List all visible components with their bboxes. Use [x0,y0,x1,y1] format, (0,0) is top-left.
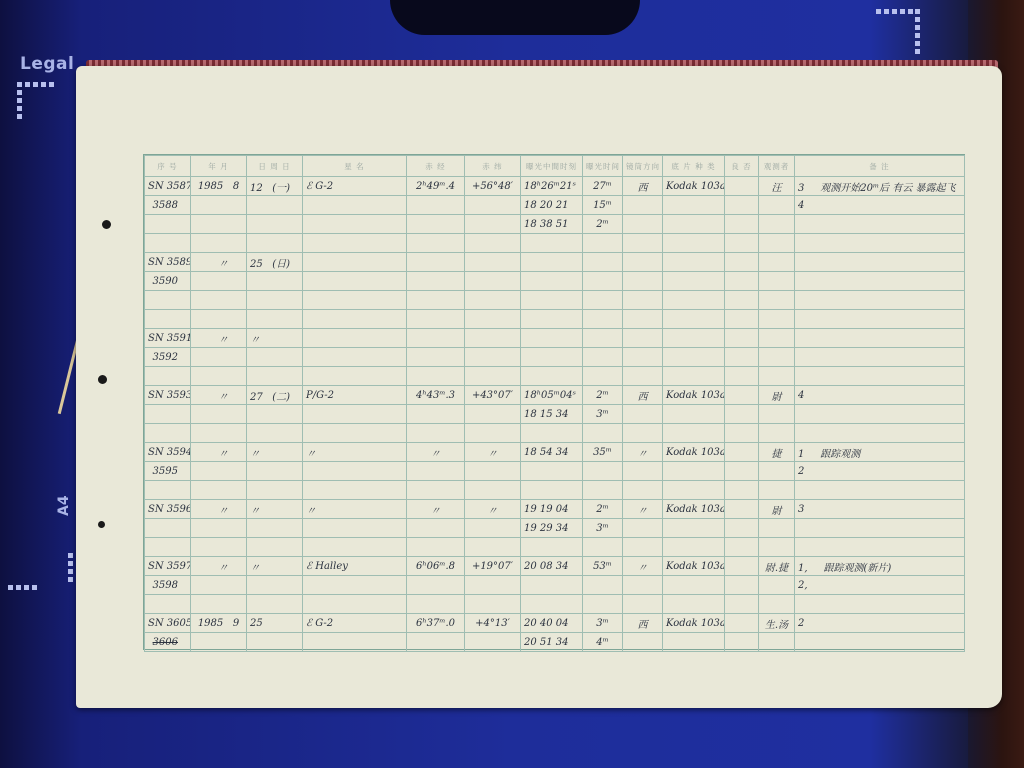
day-weekday-cell [247,310,303,329]
weekday-value: (日) [272,259,290,270]
quality-cell [725,215,759,234]
table-row: SN 3594 〃〃 〃〃〃18 54 3435ᵐ〃Kodak 103a-o 1… [145,443,965,462]
dec-cell: 〃 [465,443,521,462]
observer-cell [759,595,795,614]
ra-cell [407,253,465,272]
header-observer: 观测者 [759,156,795,177]
observer-cell: 捷 [759,443,795,462]
day-value: 25 [250,618,263,629]
mid-time-cell [521,234,583,253]
plate-note-cell: 2 [795,614,965,633]
weekday-value: (一) [272,183,290,194]
table-row: SN 35871985 812 (一)ℰ G-22ʰ49ᵐ.4+56°48′18… [145,177,965,196]
direction-cell [623,215,663,234]
star-name-cell [303,481,407,500]
plate-note-cell [795,519,965,538]
day-weekday-cell [247,538,303,557]
direction-cell [623,405,663,424]
dec-cell [465,405,521,424]
exposure-cell: 4ᵐ [583,633,623,652]
cover-label-legal: Legal [20,54,74,74]
mid-time-cell [521,272,583,291]
ra-cell: 6ʰ06ᵐ.8 [407,557,465,576]
dec-cell [465,234,521,253]
direction-cell [623,234,663,253]
day-weekday-cell: 25 (日) [247,253,303,272]
observer-cell: 生.汤 [759,614,795,633]
exposure-cell: 53ᵐ [583,557,623,576]
year-month-cell: 〃 [191,386,247,405]
ra-cell [407,196,465,215]
serial-cell [145,405,191,424]
film-type-cell [663,253,725,272]
day-weekday-cell [247,424,303,443]
film-type-cell [663,215,725,234]
serial-cell [145,481,191,500]
quality-cell [725,196,759,215]
plate-number: 2, [798,580,808,591]
exposure-cell [583,310,623,329]
plate-note-cell: 3 [795,500,965,519]
film-type-cell: Kodak 103a-o 30×30 [663,614,725,633]
quality-cell [725,253,759,272]
film-type-cell [663,633,725,652]
film-type-cell [663,234,725,253]
mid-time-cell: 20 08 34 [521,557,583,576]
exposure-cell [583,538,623,557]
plate-note-cell [795,253,965,272]
weekday-value: (二) [272,392,290,403]
plate-note-cell [795,215,965,234]
header-year-month: 年 月 [191,156,247,177]
mid-time-cell [521,348,583,367]
serial-cell [145,310,191,329]
quality-cell [725,443,759,462]
dec-cell [465,595,521,614]
exposure-cell [583,291,623,310]
star-name-cell: 〃 [303,443,407,462]
serial-cell [145,538,191,557]
plate-note-cell [795,367,965,386]
star-name-cell [303,595,407,614]
month-value: 〃 [218,449,228,460]
star-name-cell [303,576,407,595]
day-weekday-cell [247,481,303,500]
serial-cell: 3595 [145,462,191,481]
star-name-cell [303,329,407,348]
year-month-cell: 〃 [191,329,247,348]
star-name-cell [303,367,407,386]
serial-cell: 3588 [145,196,191,215]
observer-cell: 尉 [759,386,795,405]
punch-hole [102,220,111,229]
exposure-cell: 2ᵐ [583,386,623,405]
dec-cell [465,538,521,557]
header-row: 序 号 年 月 日 周 日 星 名 赤 经 赤 纬 曝光中間时刻 曝光时间 镜筒… [145,156,965,177]
day-weekday-cell: 〃 [247,557,303,576]
star-name-cell [303,633,407,652]
direction-cell: 西 [623,386,663,405]
mid-time-cell [521,329,583,348]
direction-cell [623,538,663,557]
star-name-cell [303,253,407,272]
day-weekday-cell [247,291,303,310]
mid-time-cell: 19 29 34 [521,519,583,538]
direction-cell [623,424,663,443]
star-name-cell [303,196,407,215]
year-month-cell: 1985 8 [191,177,247,196]
plate-number: 4 [798,200,804,211]
ra-cell [407,234,465,253]
plate-number: 2 [798,618,804,629]
table-row: 3595 2 [145,462,965,481]
day-value: 〃 [250,506,260,517]
star-name-cell: P/G-2 [303,386,407,405]
mid-time-cell: 20 40 04 [521,614,583,633]
observer-cell [759,481,795,500]
dec-cell [465,633,521,652]
mid-time-cell: 18ʰ05ᵐ04ˢ [521,386,583,405]
direction-cell [623,367,663,386]
film-type-cell [663,462,725,481]
exposure-cell [583,481,623,500]
day-weekday-cell: 25 [247,614,303,633]
observer-cell [759,215,795,234]
day-weekday-cell [247,348,303,367]
quality-cell [725,614,759,633]
table-row [145,481,965,500]
film-type-cell [663,424,725,443]
exposure-cell: 3ᵐ [583,405,623,424]
observer-cell [759,576,795,595]
header-right-ascension: 赤 经 [407,156,465,177]
plate-number: 4 [798,390,804,401]
quality-cell [725,500,759,519]
punch-hole [98,521,105,528]
plate-note-cell: 4 [795,196,965,215]
serial-cell [145,291,191,310]
serial-cell [145,519,191,538]
star-name-cell [303,291,407,310]
table-row: 3590 [145,272,965,291]
exposure-cell [583,329,623,348]
dec-cell: +56°48′ [465,177,521,196]
quality-cell [725,367,759,386]
observer-cell: 尉 [759,500,795,519]
ra-cell [407,519,465,538]
year-month-cell [191,405,247,424]
plate-note-cell: 3 观测开始20ᵐ后 有云 暴露起飞 [795,177,965,196]
serial-cell [145,367,191,386]
plate-note-cell [795,291,965,310]
film-type-cell [663,310,725,329]
header-day-weekday: 日 周 日 [247,156,303,177]
plate-number: 3 [798,183,804,194]
table-row: 18 38 512ᵐ [145,215,965,234]
film-type-cell [663,538,725,557]
table-row: 3588 18 20 2115ᵐ4 [145,196,965,215]
exposure-cell [583,367,623,386]
table-row [145,424,965,443]
exposure-cell [583,424,623,443]
month-value: 8 [233,181,239,192]
day-weekday-cell [247,196,303,215]
exposure-cell [583,234,623,253]
ra-cell [407,576,465,595]
year-month-cell [191,291,247,310]
star-name-cell: 〃 [303,500,407,519]
plate-note-cell [795,481,965,500]
dec-cell: +43°07′ [465,386,521,405]
ra-cell [407,481,465,500]
direction-cell [623,272,663,291]
star-name-cell [303,538,407,557]
day-weekday-cell: 〃 [247,500,303,519]
day-weekday-cell [247,367,303,386]
header-serial: 序 号 [145,156,191,177]
dec-cell [465,196,521,215]
exposure-cell: 35ᵐ [583,443,623,462]
film-type-cell [663,481,725,500]
ra-cell: 6ʰ37ᵐ.0 [407,614,465,633]
direction-cell [623,481,663,500]
day-value: 12 [250,183,263,194]
year-month-cell [191,310,247,329]
serial-cell: SN 3589 [145,253,191,272]
observer-cell [759,633,795,652]
direction-cell [623,196,663,215]
year-month-cell [191,424,247,443]
film-type-cell [663,595,725,614]
observer-cell [759,405,795,424]
film-type-cell [663,196,725,215]
serial-cell: 3590 [145,272,191,291]
film-type-cell [663,329,725,348]
mid-time-cell [521,424,583,443]
header-remarks: 备 注 [795,156,965,177]
star-name-cell [303,310,407,329]
ra-cell [407,215,465,234]
dec-cell [465,576,521,595]
observer-cell [759,291,795,310]
year-month-cell: 〃 [191,557,247,576]
header-quality: 良 否 [725,156,759,177]
direction-cell [623,291,663,310]
ra-cell [407,329,465,348]
year-month-cell: 〃 [191,500,247,519]
ra-cell: 〃 [407,443,465,462]
dec-cell [465,348,521,367]
header-exposure-time: 曝光时间 [583,156,623,177]
mid-time-cell [521,291,583,310]
serial-cell: SN 3594 [145,443,191,462]
dec-cell: +19°07′ [465,557,521,576]
exposure-cell [583,253,623,272]
direction-cell: 〃 [623,557,663,576]
star-name-cell [303,462,407,481]
observation-log-table: 序 号 年 月 日 周 日 星 名 赤 经 赤 纬 曝光中間时刻 曝光时间 镜筒… [143,154,965,650]
header-mid-exposure-time: 曝光中間时刻 [521,156,583,177]
table-row: 18 15 343ᵐ [145,405,965,424]
table-row: SN 3591 〃〃 [145,329,965,348]
header-film-type: 底 片 种 类 [663,156,725,177]
year-month-cell [191,196,247,215]
observer-cell [759,348,795,367]
year-month-cell [191,348,247,367]
observer-cell [759,310,795,329]
ra-cell [407,424,465,443]
plate-number: 1, [798,563,808,574]
quality-cell [725,177,759,196]
star-name-cell [303,215,407,234]
direction-cell: 〃 [623,443,663,462]
ra-cell [407,405,465,424]
mid-time-cell [521,576,583,595]
remark-text: 观测开始20ᵐ后 有云 暴露起飞 [820,183,955,194]
day-value: 〃 [250,449,260,460]
day-weekday-cell: 〃 [247,443,303,462]
observer-cell: 汪 [759,177,795,196]
dec-cell [465,329,521,348]
film-type-cell: Kodak 103a-o 30×30 [663,177,725,196]
quality-cell [725,595,759,614]
dec-cell [465,310,521,329]
table-row [145,291,965,310]
exposure-cell: 2ᵐ [583,500,623,519]
quality-cell [725,633,759,652]
star-name-cell [303,424,407,443]
table-row: SN 3596 〃〃 〃〃〃19 19 042ᵐ〃Kodak 103a-o 30… [145,500,965,519]
star-name-cell: ℰ G-2 [303,614,407,633]
punch-hole [98,375,107,384]
header-declination: 赤 纬 [465,156,521,177]
ra-cell [407,462,465,481]
serial-cell: SN 3587 [145,177,191,196]
dec-cell [465,462,521,481]
observer-cell [759,196,795,215]
plate-note-cell [795,329,965,348]
plate-note-cell [795,310,965,329]
year-month-cell [191,633,247,652]
exposure-cell [583,462,623,481]
star-name-cell [303,234,407,253]
star-name-cell [303,272,407,291]
ra-cell [407,310,465,329]
quality-cell [725,424,759,443]
day-weekday-cell [247,462,303,481]
ra-cell: 4ʰ43ᵐ.3 [407,386,465,405]
star-name-cell [303,519,407,538]
film-type-cell: Kodak 103a-o 30×30 [663,500,725,519]
day-weekday-cell: 12 (一) [247,177,303,196]
direction-cell [623,595,663,614]
observer-cell [759,519,795,538]
mid-time-cell: 18 20 21 [521,196,583,215]
table-row: SN 3589 〃25 (日) [145,253,965,272]
ra-cell [407,538,465,557]
exposure-cell [583,595,623,614]
mid-time-cell [521,253,583,272]
dec-cell [465,215,521,234]
shadow-object [390,0,640,35]
quality-cell [725,291,759,310]
table-row [145,234,965,253]
film-type-cell [663,519,725,538]
plate-note-cell: 1 跟踪观测 [795,443,965,462]
serial-cell [145,215,191,234]
direction-cell: 西 [623,614,663,633]
dec-cell: 〃 [465,500,521,519]
month-value: 〃 [218,563,228,574]
star-name-cell: ℰ Halley [303,557,407,576]
quality-cell [725,576,759,595]
quality-cell [725,329,759,348]
plate-note-cell [795,595,965,614]
plate-number: 2 [798,466,804,477]
quality-cell [725,481,759,500]
year-month-cell [191,462,247,481]
film-type-cell [663,348,725,367]
table-row [145,310,965,329]
exposure-cell [583,272,623,291]
observer-cell [759,272,795,291]
serial-cell: SN 3593 [145,386,191,405]
direction-cell [623,253,663,272]
quality-cell [725,234,759,253]
plate-note-cell: 2 [795,462,965,481]
plate-note-cell [795,234,965,253]
quality-cell [725,462,759,481]
exposure-cell: 15ᵐ [583,196,623,215]
year-month-cell: 〃 [191,253,247,272]
day-weekday-cell [247,405,303,424]
table-row [145,595,965,614]
direction-cell [623,462,663,481]
serial-cell: 3606 [145,633,191,652]
month-value: 〃 [218,506,228,517]
year-month-cell: 1985 9 [191,614,247,633]
year-value: 1985 [198,181,223,192]
film-type-cell: Kodak 103a-o 16×16 [663,443,725,462]
dec-cell [465,253,521,272]
year-value: 1985 [198,618,223,629]
table-row: 19 29 343ᵐ [145,519,965,538]
plate-number: 1 [798,449,804,460]
serial-cell: 3592 [145,348,191,367]
serial-cell: SN 3605 [145,614,191,633]
day-weekday-cell [247,234,303,253]
mid-time-cell [521,367,583,386]
serial-cell [145,424,191,443]
table-row [145,367,965,386]
quality-cell [725,310,759,329]
header-tube-direction: 镜筒方向 [623,156,663,177]
plate-note-cell [795,405,965,424]
dec-cell [465,367,521,386]
table-row [145,538,965,557]
star-name-cell [303,405,407,424]
header-star-name: 星 名 [303,156,407,177]
plate-note-cell: 1, 跟踪观测(新片) [795,557,965,576]
ra-cell [407,291,465,310]
table-row: SN 3593 〃27 (二)P/G-24ʰ43ᵐ.3+43°07′18ʰ05ᵐ… [145,386,965,405]
day-weekday-cell [247,595,303,614]
ra-cell [407,595,465,614]
cover-label-a4: A4 [56,495,72,516]
film-type-cell [663,576,725,595]
direction-cell [623,633,663,652]
mid-time-cell: 18ʰ26ᵐ21ˢ [521,177,583,196]
